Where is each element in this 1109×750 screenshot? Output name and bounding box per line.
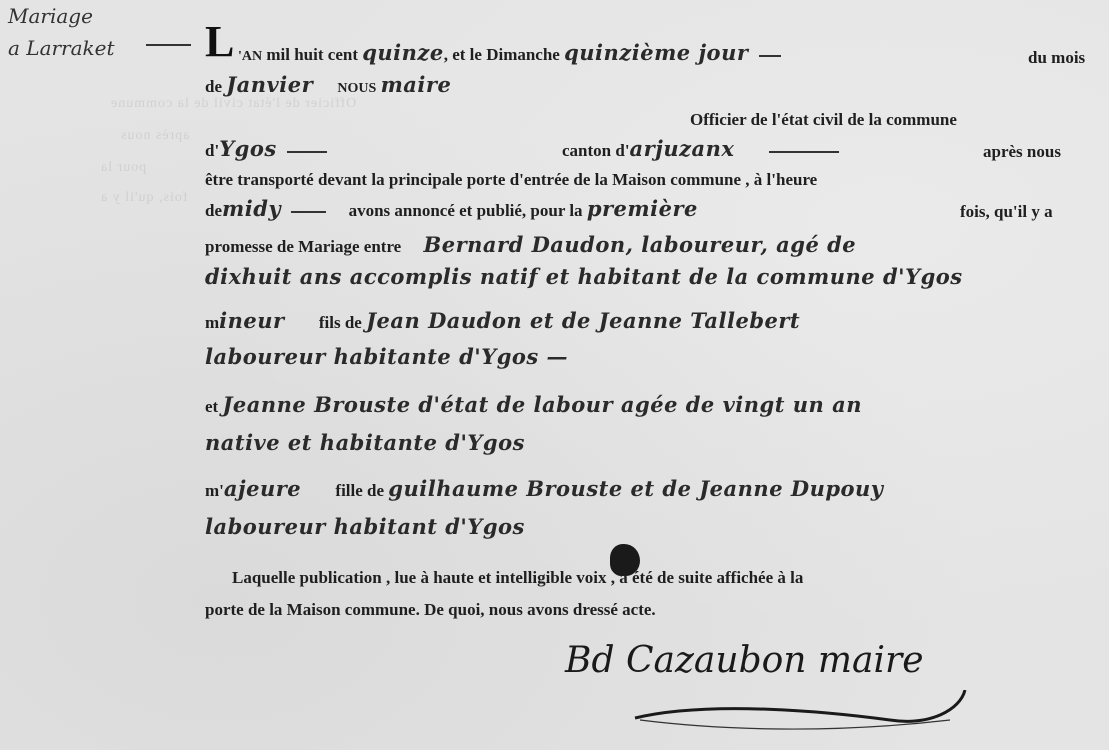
drop-cap: L — [205, 20, 234, 64]
printed-text: , et le Dimanche — [444, 45, 560, 64]
handwritten-bride-details: native et habitante d'Ygos — [205, 430, 525, 455]
line-14: laboureur habitant d'Ygos — [205, 514, 525, 539]
printed-text: fils de — [319, 313, 362, 332]
handwritten-groom: Bernard Daudon, laboureur, agé de — [423, 232, 856, 257]
line-12: native et habitante d'Ygos — [205, 430, 525, 455]
line-6-end: fois, qu'il y a — [960, 202, 1053, 222]
handwritten-bride: Jeanne Brouste d'état de labour agée de … — [222, 392, 862, 417]
bleed-through-text: fois, qu'il y a — [100, 190, 188, 206]
line-1-end: du mois — [1028, 48, 1085, 68]
printed-text: mil huit cent — [266, 45, 358, 64]
handwritten-commune: Ygos — [219, 136, 277, 161]
line-4: d'Ygos — [205, 136, 333, 161]
document-page: Officier de l'état civil de la commune a… — [0, 0, 1109, 750]
line-13: m'ajeure fille de guilhaume Brouste et d… — [205, 476, 884, 501]
handwritten-day: quinzième jour — [564, 40, 748, 65]
printed-text: canton d' — [562, 141, 630, 160]
margin-dash — [146, 44, 191, 46]
printed-text: promesse de Mariage entre — [205, 237, 401, 256]
printed-text: m — [205, 313, 219, 332]
fill-dash — [759, 55, 781, 57]
handwritten-year: quinze — [362, 40, 443, 65]
printed-text: avons annoncé et publié, pour la — [349, 201, 583, 220]
bleed-through-text: pour la — [100, 160, 146, 176]
signature-flourish — [630, 690, 970, 740]
handwritten-groom-details: dixhuit ans accomplis natif et habitant … — [205, 264, 963, 289]
handwritten-parents-occupation: laboureur habitant d'Ygos — [205, 514, 525, 539]
line-4-end: après nous — [983, 142, 1061, 162]
printed-text: de — [205, 77, 222, 96]
bleed-through-text: après nous — [120, 128, 190, 144]
line-2: de Janvier NOUS maire — [205, 72, 451, 97]
margin-note-line-2: a Larraket — [8, 36, 115, 60]
handwritten-ordinal: première — [587, 196, 698, 221]
line-5: être transporté devant la principale por… — [205, 170, 817, 190]
line-10: laboureur habitante d'Ygos — — [205, 344, 568, 369]
fill-dash — [291, 211, 326, 213]
line-8: dixhuit ans accomplis natif et habitant … — [205, 264, 963, 289]
printed-text: m' — [205, 481, 224, 500]
line-9: mineur fils de Jean Daudon et de Jeanne … — [205, 308, 800, 333]
printed-text: de — [205, 201, 222, 220]
handwritten-hour: midy — [222, 196, 281, 221]
line-6: demidy avons annoncé et publié, pour la … — [205, 196, 698, 221]
printed-text: d' — [205, 141, 219, 160]
handwritten-bride-parents: guilhaume Brouste et de Jeanne Dupouy — [388, 476, 883, 501]
line-1: 'AN mil huit cent quinze, et le Dimanche… — [238, 40, 787, 65]
line-7: promesse de Mariage entre Bernard Daudon… — [205, 232, 856, 257]
printed-text: NOUS — [337, 81, 376, 96]
printed-text: et — [205, 397, 218, 416]
handwritten-groom-parents: Jean Daudon et de Jeanne Tallebert — [366, 308, 800, 333]
margin-note-line-1: Mariage — [8, 4, 93, 28]
handwritten-status: ajeure — [224, 476, 301, 501]
handwritten-status: ineur — [219, 308, 284, 333]
fill-dash — [287, 151, 327, 153]
printed-text: fille de — [335, 481, 384, 500]
line-11: et Jeanne Brouste d'état de labour agée … — [205, 392, 862, 417]
handwritten-month: Janvier — [226, 72, 313, 97]
line-15: Laquelle publication , lue à haute et in… — [232, 568, 803, 588]
fill-dash — [769, 151, 839, 153]
mayor-signature: Bd Cazaubon maire — [565, 640, 924, 681]
handwritten-parents-occupation: laboureur habitante d'Ygos — — [205, 344, 568, 369]
line-4-canton: canton d'arjuzanx — [562, 136, 845, 161]
printed-text: 'AN — [238, 49, 262, 64]
line-16: porte de la Maison commune. De quoi, nou… — [205, 600, 656, 620]
handwritten-canton: arjuzanx — [630, 136, 735, 161]
line-3: Officier de l'état civil de la commune — [690, 110, 957, 130]
bleed-through-text: Officier de l'état civil de la commune — [110, 96, 356, 112]
handwritten-title: maire — [381, 72, 452, 97]
